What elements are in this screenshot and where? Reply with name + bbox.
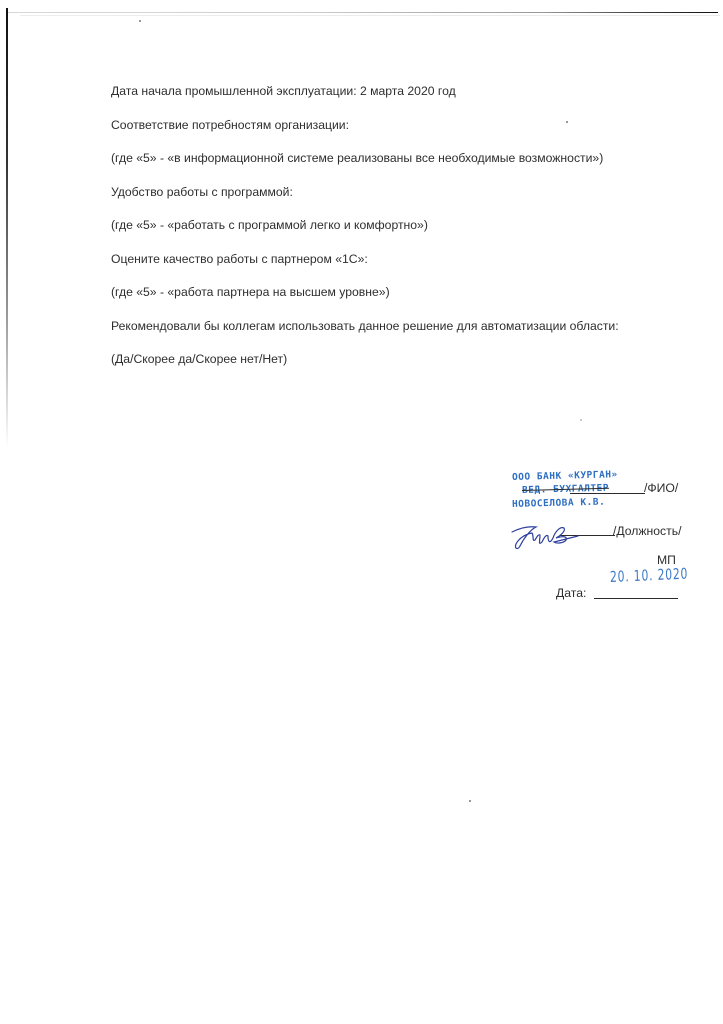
scan-speck [580, 419, 582, 421]
stamp-date: 20. 10. 2020 [610, 565, 689, 586]
scan-edge-top [8, 12, 718, 13]
scan-edge-top-faint [20, 15, 720, 16]
partner-quality-scale-note: (где «5» - «работа партнера на высшем ур… [111, 285, 671, 299]
date-underline [594, 598, 678, 599]
usability-question: Удобство работы с программой: [111, 185, 671, 199]
fio-label: /ФИО/ [644, 481, 678, 495]
needs-match-scale-note: (где «5» - «в информационной системе реа… [111, 151, 671, 165]
stamp-position: ВЕД. БУХГАЛТЕР [522, 483, 609, 496]
scan-speck [469, 800, 471, 802]
document-body: Дата начала промышленной эксплуатации: 2… [111, 84, 671, 386]
recommend-options: (Да/Скорее да/Скорее нет/Нет) [111, 352, 671, 366]
scan-edge-left [6, 8, 8, 448]
stamp-org-name: ООО БАНК «КУРГАН» [512, 469, 618, 483]
signature-block: /ФИО/ /Должность/ МП Дата: ООО БАНК «КУР… [500, 470, 690, 610]
partner-quality-question: Оцените качество работы с партнером «1С»… [111, 252, 671, 266]
needs-match-question: Соответствие потребностям организации: [111, 118, 671, 132]
usability-scale-note: (где «5» - «работать с программой легко … [111, 218, 671, 232]
recommend-question: Рекомендовали бы коллегам использовать д… [111, 319, 671, 333]
stamp-person-name: НОВОСЕЛОВА К.В. [512, 497, 606, 510]
start-date-line: Дата начала промышленной эксплуатации: 2… [111, 84, 671, 98]
scan-speck [139, 20, 141, 22]
handwritten-signature-icon [510, 518, 580, 552]
date-label: Дата: [556, 586, 586, 600]
position-label: /Должность/ [613, 524, 681, 538]
